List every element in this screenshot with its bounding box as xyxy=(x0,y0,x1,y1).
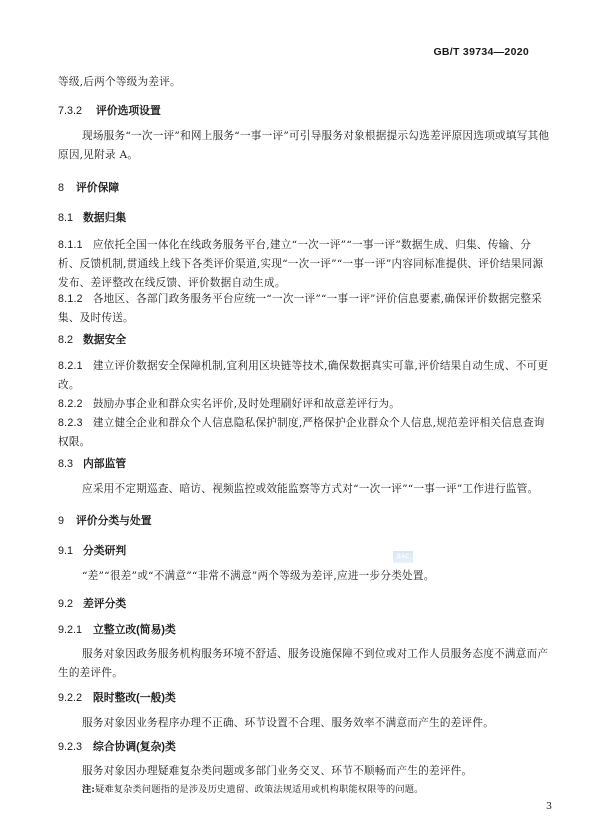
document-page: GB/T 39734—2020 等级,后两个等级为差评。 7.3.2评价选项设置… xyxy=(0,0,610,823)
heading-title: 限时整改(一般)类 xyxy=(93,692,176,704)
heading-title: 评价选项设置 xyxy=(96,105,161,117)
heading-number: 8.2 xyxy=(58,332,83,348)
heading-number: 9.2.2 xyxy=(58,690,93,706)
sac-watermark-logo: SAC xyxy=(393,551,413,563)
heading-title: 内部监管 xyxy=(83,458,126,470)
note-label: 注: xyxy=(82,784,95,795)
heading-title: 评价分类与处置 xyxy=(76,515,152,527)
heading-9-1: 9.1分类研判 xyxy=(58,543,552,559)
clause-number: 8.2.1 xyxy=(58,360,83,372)
clause-number: 8.2.2 xyxy=(58,398,83,410)
paragraph-8-3: 应采用不定期巡查、暗访、视频监控或效能监察等方式对“一次一评”“一事一评”工作进… xyxy=(58,480,552,499)
clause-text: 应依托全国一体化在线政务服务平台,建立“一次一评”“一事一评”数据生成、归集、传… xyxy=(58,239,543,289)
heading-title: 分类研判 xyxy=(83,545,126,557)
heading-7-3-2: 7.3.2评价选项设置 xyxy=(58,103,552,119)
heading-number: 9.2.1 xyxy=(58,622,93,638)
heading-9-2-1: 9.2.1立整立改(简易)类 xyxy=(58,622,552,638)
note-text: 疑难复杂类问题指的是涉及历史遗留、政策法规适用或机构职能权限等的问题。 xyxy=(95,784,424,795)
clause-number: 8.1.2 xyxy=(58,293,83,305)
clause-8-2-1: 8.2.1建立评价数据安全保障机制,宜利用区块链等技术,确保数据真实可靠,评价结… xyxy=(58,357,552,395)
heading-9-2: 9.2差评分类 xyxy=(58,596,552,612)
clause-text: 鼓励办事企业和群众实名评价,及时处理刷好评和故意差评行为。 xyxy=(93,398,400,410)
paragraph-9-2-3: 服务对象因办理疑难复杂类问题或多部门业务交叉、环节不顺畅而产生的差评件。 xyxy=(58,762,552,781)
heading-number: 9.2.3 xyxy=(58,739,93,755)
heading-number: 8.3 xyxy=(58,456,83,472)
clause-text: 建立健全企业和群众个人信息隐私保护制度,严格保护企业群众个人信息,规范差评相关信… xyxy=(58,417,545,448)
standard-code-header: GB/T 39734—2020 xyxy=(433,46,529,58)
heading-title: 评价保障 xyxy=(76,182,119,194)
heading-title: 立整立改(简易)类 xyxy=(93,624,176,636)
heading-8-2: 8.2数据安全 xyxy=(58,332,552,348)
heading-title: 综合协调(复杂)类 xyxy=(93,741,176,753)
clause-8-1-2: 8.1.2各地区、各部门政务服务平台应统一“一次一评”“一事一评”评价信息要素,… xyxy=(58,290,552,328)
page-number: 3 xyxy=(546,801,552,812)
clause-8-2-2: 8.2.2鼓励办事企业和群众实名评价,及时处理刷好评和故意差评行为。 xyxy=(58,395,552,414)
paragraph-9-2-2: 服务对象因业务程序办理不正确、环节设置不合理、服务效率不满意而产生的差评件。 xyxy=(58,714,552,733)
heading-9-2-3: 9.2.3综合协调(复杂)类 xyxy=(58,739,552,755)
clause-text: 各地区、各部门政务服务平台应统一“一次一评”“一事一评”评价信息要素,确保评价数… xyxy=(58,293,542,324)
paragraph-9-2-1: 服务对象因政务服务机构服务环境不舒适、服务设施保障不到位或对工作人员服务态度不满… xyxy=(58,645,552,683)
heading-number: 8.1 xyxy=(58,210,83,226)
heading-8-1: 8.1数据归集 xyxy=(58,210,552,226)
heading-number: 9 xyxy=(58,513,76,529)
paragraph-7-3-2: 现场服务“一次一评”和网上服务“一事一评”可引导服务对象根据提示勾选差评原因选项… xyxy=(58,127,552,165)
heading-9-2-2: 9.2.2限时整改(一般)类 xyxy=(58,690,552,706)
clause-number: 8.1.1 xyxy=(58,239,83,251)
heading-number: 7.3.2 xyxy=(58,103,96,119)
paragraph-9-1: “差”“很差”或“不满意”“非常不满意”两个等级为差评,应进一步分类处置。 xyxy=(58,567,552,586)
note: 注:疑难复杂类问题指的是涉及历史遗留、政策法规适用或机构职能权限等的问题。 xyxy=(58,783,552,797)
heading-number: 9.1 xyxy=(58,543,83,559)
heading-title: 差评分类 xyxy=(83,598,126,610)
heading-title: 数据安全 xyxy=(83,334,126,346)
continued-paragraph: 等级,后两个等级为差评。 xyxy=(58,73,552,92)
clause-8-2-3: 8.2.3建立健全企业和群众个人信息隐私保护制度,严格保护企业群众个人信息,规范… xyxy=(58,414,552,452)
heading-number: 9.2 xyxy=(58,596,83,612)
heading-title: 数据归集 xyxy=(83,212,126,224)
clause-number: 8.2.3 xyxy=(58,417,83,429)
heading-9: 9评价分类与处置 xyxy=(58,513,552,529)
heading-8: 8评价保障 xyxy=(58,180,552,196)
clause-text: 建立评价数据安全保障机制,宜利用区块链等技术,确保数据真实可靠,评价结果自动生成… xyxy=(58,360,548,391)
heading-8-3: 8.3内部监管 xyxy=(58,456,552,472)
clause-8-1-1: 8.1.1应依托全国一体化在线政务服务平台,建立“一次一评”“一事一评”数据生成… xyxy=(58,236,552,293)
heading-number: 8 xyxy=(58,180,76,196)
